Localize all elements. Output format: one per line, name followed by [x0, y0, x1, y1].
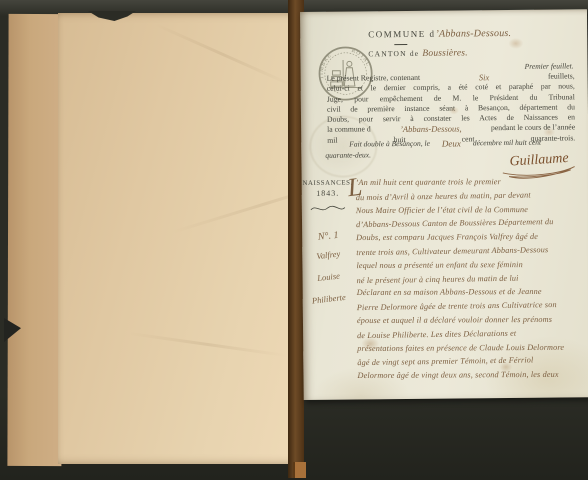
- left-blank-page: [58, 13, 304, 464]
- margin-column: NAISSANCES. 1843. N°. 1 ValfreyLouisePhi…: [302, 179, 355, 315]
- birth-act: L ’An mil huit cent quarante trois le pr…: [356, 174, 588, 383]
- act-number: N°. 1: [302, 228, 355, 244]
- margin-name-line: Philiberte: [302, 291, 355, 307]
- spine-bottom-tab: [293, 462, 306, 478]
- margin-name-line: Valfrey: [302, 247, 355, 263]
- attestation-continuation: quarante-deux.: [325, 150, 371, 159]
- attestation-pre: Fait double à Besançon, le: [349, 139, 430, 150]
- year-label: 1843.: [302, 188, 354, 197]
- photographed-register-book: COMMUNE d’Abbans-Dessous. CANTON de Bous…: [0, 0, 588, 480]
- book-cover-edge: [7, 14, 62, 466]
- act-name-margin: ValfreyLouisePhiliberte: [302, 249, 355, 303]
- page-header: COMMUNE d’Abbans-Dessous. CANTON de Bous…: [368, 27, 584, 59]
- header-divider: [394, 44, 407, 45]
- commune-label: COMMUNE d: [368, 29, 435, 40]
- register-page: COMMUNE d’Abbans-Dessous. CANTON de Bous…: [300, 9, 588, 400]
- attestation-line: Fait double à Besançon, le Deux décembre…: [349, 137, 575, 149]
- paper-crease: [154, 23, 292, 87]
- commune-line: COMMUNE d’Abbans-Dessous.: [368, 27, 584, 40]
- svg-text:ROYAL: ROYAL: [351, 48, 371, 68]
- canton-line: CANTON de Boussières.: [368, 47, 584, 59]
- canton-label: CANTON de: [368, 49, 419, 58]
- margin-name-line: Louise: [302, 269, 355, 285]
- margin-ornament: [302, 199, 354, 217]
- signature-text: Guillaume: [509, 151, 569, 170]
- feuillet-note: Premier feuillet.: [525, 61, 574, 70]
- act-lines: ’An mil huit cent quarante trois le prem…: [356, 174, 588, 383]
- register-statement: Le présent Registre, contenant Six feuil…: [327, 71, 576, 145]
- attestation-day-handwritten: Deux: [442, 138, 461, 148]
- seal-text-bottom: ROYAL: [351, 48, 371, 68]
- attestation-post: décembre mil huit cent: [473, 138, 541, 149]
- canton-value-handwritten: Boussières.: [422, 48, 467, 58]
- act-line: Delormore âgé de vingt deux ans, second …: [357, 368, 588, 383]
- commune-value-handwritten: ’Abbans-Dessous.: [435, 28, 511, 40]
- paper-crease: [129, 332, 288, 357]
